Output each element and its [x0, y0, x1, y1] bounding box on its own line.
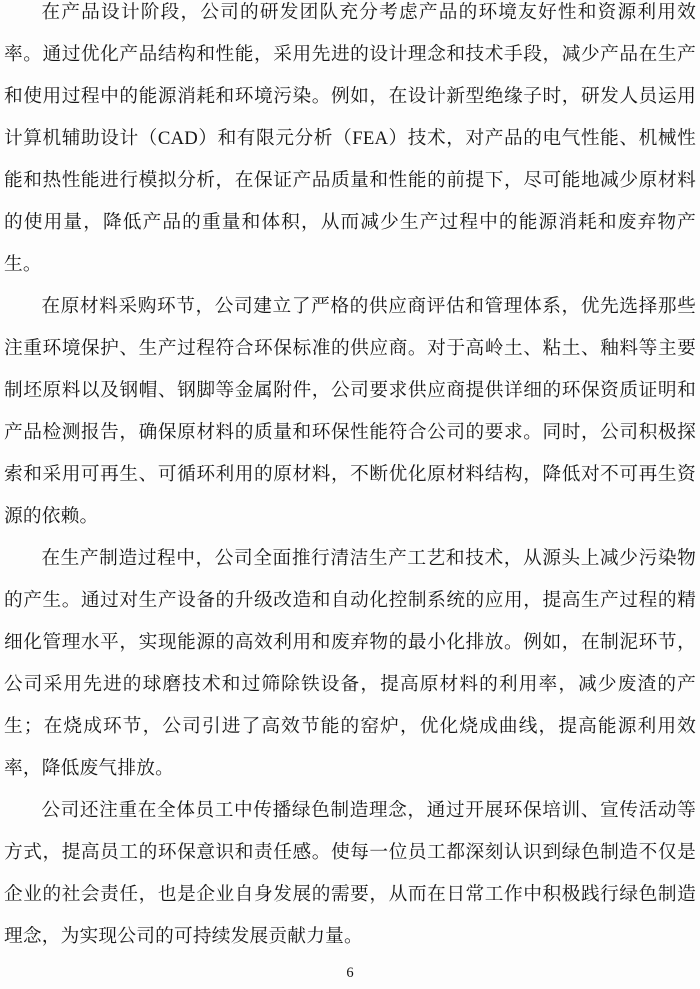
document-body: 在产品设计阶段，公司的研发团队充分考虑产品的环境友好性和资源利用效率。通过优化产…	[0, 0, 700, 958]
paragraph-manufacturing-process: 在生产制造过程中，公司全面推行清洁生产工艺和技术，从源头上减少污染物的产生。通过…	[4, 538, 696, 790]
paragraph-design-stage: 在产品设计阶段，公司的研发团队充分考虑产品的环境友好性和资源利用效率。通过优化产…	[4, 0, 696, 286]
document-page: 在产品设计阶段，公司的研发团队充分考虑产品的环境友好性和资源利用效率。通过优化产…	[0, 0, 700, 989]
paragraph-employee-green-concept: 公司还注重在全体员工中传播绿色制造理念，通过开展环保培训、宣传活动等方式，提高员…	[4, 790, 696, 958]
paragraph-raw-material-procurement: 在原材料采购环节，公司建立了严格的供应商评估和管理体系，优先选择那些注重环境保护…	[4, 286, 696, 538]
page-number: 6	[0, 965, 700, 982]
